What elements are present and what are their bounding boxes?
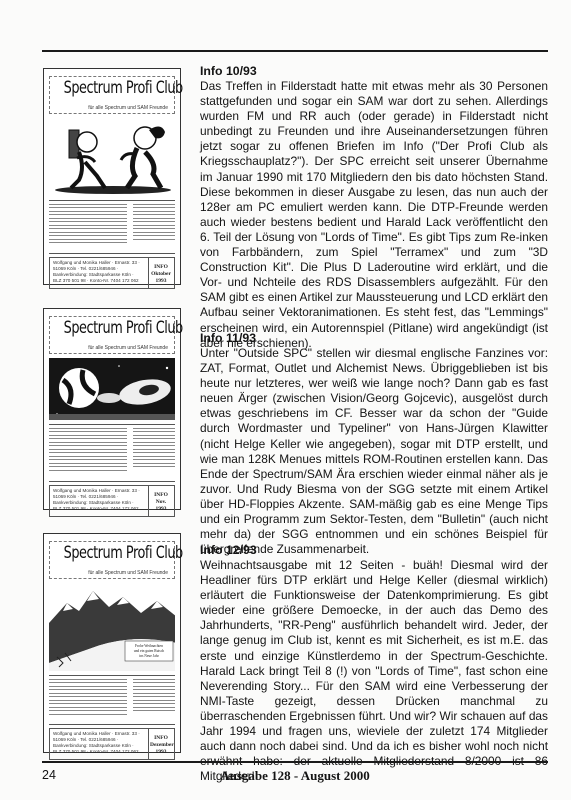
cover-imprint: Wolfgang und Monika Haller · Ernastr. 33… [49, 257, 175, 289]
svg-text:ins Neue Jahr: ins Neue Jahr [139, 654, 159, 658]
cover-info-label: INFO [150, 492, 172, 499]
cover-imprint-address: Wolfgang und Monika Haller · Ernastr. 33… [53, 488, 143, 512]
section-info-12-93: Info 12/93 Weihnachtsausgabe mit 12 Seit… [200, 543, 548, 784]
cover-imprint-address: Wolfgang und Monika Haller · Ernastr. 33… [53, 260, 143, 284]
cover-masthead: Spectrum Profi Club für alle Spectrum un… [49, 76, 175, 114]
cover-artwork-mountains: Frohe Weihnachten und ein guten Rutsch i… [49, 583, 175, 671]
svg-text:und ein guten Rutsch: und ein guten Rutsch [134, 649, 165, 653]
cover-masthead: Spectrum Profi Club für alle Spectrum un… [49, 541, 175, 579]
cover-subtitle: für alle Spectrum und SAM Freunde [88, 105, 168, 111]
cover-imprint: Wolfgang und Monika Haller · Ernastr. 33… [49, 485, 175, 517]
cover-title: Spectrum Profi Club [64, 543, 161, 562]
cover-image-november-1993: Spectrum Profi Club für alle Spectrum un… [43, 308, 181, 510]
cover-subtitle: für alle Spectrum und SAM Freunde [88, 345, 168, 351]
cover-table-of-contents [49, 200, 175, 254]
cover-subtitle: für alle Spectrum und SAM Freunde [88, 570, 168, 576]
cover-info-date: Dezember 1993 [150, 742, 172, 756]
section-info-10-93: Info 10/93 Das Treffen in Filderstadt ha… [200, 64, 548, 351]
cover-info-label: INFO [150, 264, 172, 271]
section-body: Unter "Outside SPC" stellen wir diesmal … [200, 346, 548, 557]
cover-title: Spectrum Profi Club [64, 78, 161, 97]
svg-text:Frohe Weihnachten: Frohe Weihnachten [135, 644, 163, 648]
cover-info-label: INFO [150, 735, 172, 742]
top-rule [42, 50, 548, 52]
cover-table-of-contents [49, 675, 175, 725]
section-heading: Info 10/93 [200, 64, 548, 79]
page-footer: 24 Ausgabe 128 - August 2000 [42, 768, 548, 784]
section-heading: Info 11/93 [200, 331, 548, 346]
cover-imprint: Wolfgang und Monika Haller · Ernastr. 33… [49, 728, 175, 760]
cover-title: Spectrum Profi Club [64, 318, 161, 337]
cover-imprint-address: Wolfgang und Monika Haller · Ernastr. 33… [53, 731, 143, 755]
cover-info-date: Oktober 1993 [150, 271, 172, 285]
cover-image-oktober-1993: Spectrum Profi Club für alle Spectrum un… [43, 68, 181, 285]
cover-artwork-space [49, 358, 175, 420]
section-body: Das Treffen in Filderstadt hatte mit etw… [200, 79, 548, 351]
bottom-rule [42, 761, 548, 763]
cover-info-date: Nov. 1993 [150, 499, 172, 513]
cover-artwork-cartoon [49, 118, 175, 196]
section-info-11-93: Info 11/93 Unter "Outside SPC" stellen w… [200, 331, 548, 557]
cover-masthead: Spectrum Profi Club für alle Spectrum un… [49, 316, 175, 354]
issue-label: Ausgabe 128 - August 2000 [42, 768, 548, 784]
section-body: Weihnachtsausgabe mit 12 Seiten - buäh! … [200, 558, 548, 784]
cover-image-dezember-1993: Spectrum Profi Club für alle Spectrum un… [43, 533, 181, 753]
section-heading: Info 12/93 [200, 543, 548, 558]
cover-table-of-contents [49, 424, 175, 482]
